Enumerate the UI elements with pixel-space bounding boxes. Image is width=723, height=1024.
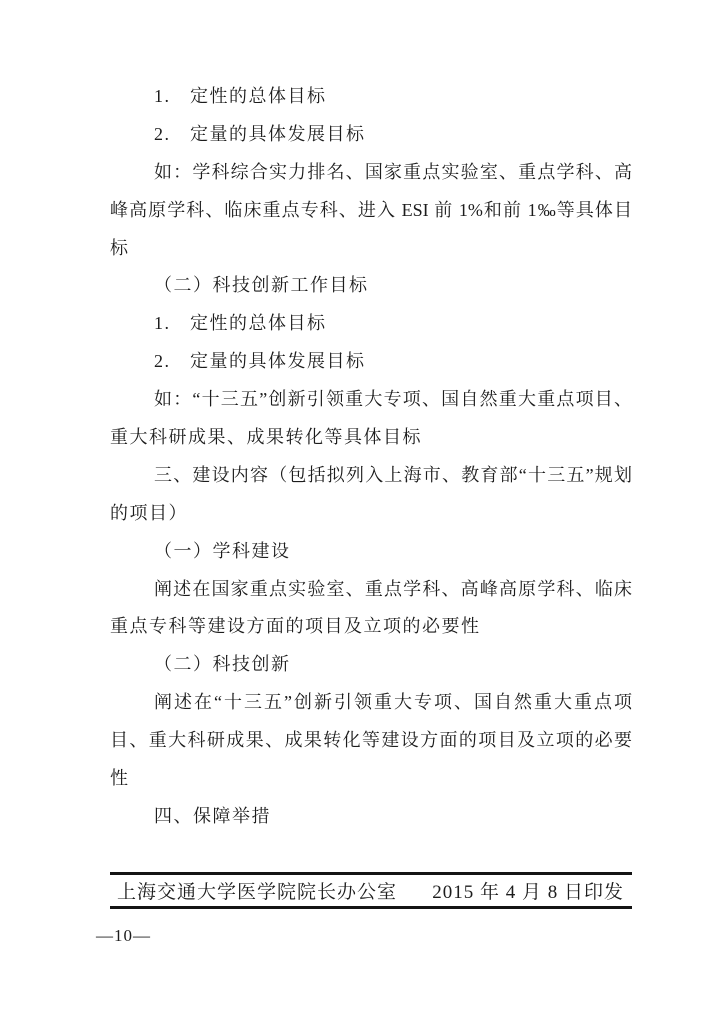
text-line: （二）科技创新工作目标	[110, 267, 632, 305]
document-body: 1. 定性的总体目标2. 定量的具体发展目标如：学科综合实力排名、国家重点实验室…	[110, 78, 632, 836]
text-line: 重大科研成果、成果转化等具体目标	[110, 419, 632, 457]
text-line: 2. 定量的具体发展目标	[110, 343, 632, 381]
text-line: 1. 定性的总体目标	[110, 305, 632, 343]
text-line: 标	[110, 230, 632, 268]
text-line: 如：学科综合实力排名、国家重点实验室、重点学科、高	[110, 154, 632, 192]
text-line: 峰高原学科、临床重点专科、进入 ESI 前 1%和前 1‰等具体目	[110, 192, 632, 230]
text-line: 阐述在国家重点实验室、重点学科、高峰高原学科、临床	[110, 571, 632, 609]
text-line: 三、建设内容（包括拟列入上海市、教育部“十三五”规划	[110, 457, 632, 495]
document-page: 1. 定性的总体目标2. 定量的具体发展目标如：学科综合实力排名、国家重点实验室…	[0, 0, 723, 1024]
text-line: 目、重大科研成果、成果转化等建设方面的项目及立项的必要	[110, 722, 632, 760]
text-line: 性	[110, 760, 632, 798]
text-line: 重点专科等建设方面的项目及立项的必要性	[110, 608, 632, 646]
text-line: 阐述在“十三五”创新引领重大专项、国自然重大重点项	[110, 684, 632, 722]
text-line: 的项目）	[110, 495, 632, 533]
text-line: （一）学科建设	[110, 533, 632, 571]
text-line: 如：“十三五”创新引领重大专项、国自然重大重点项目、	[110, 381, 632, 419]
text-line: 四、保障举措	[110, 798, 632, 836]
print-date: 2015 年 4 月 8 日印发	[432, 877, 624, 904]
page-number: —10—	[96, 921, 151, 951]
text-line: （二）科技创新	[110, 646, 632, 684]
footer-colophon: 上海交通大学医学院院长办公室 2015 年 4 月 8 日印发	[110, 872, 632, 909]
text-line: 2. 定量的具体发展目标	[110, 116, 632, 154]
issuing-office: 上海交通大学医学院院长办公室	[117, 877, 397, 904]
text-line: 1. 定性的总体目标	[110, 78, 632, 116]
